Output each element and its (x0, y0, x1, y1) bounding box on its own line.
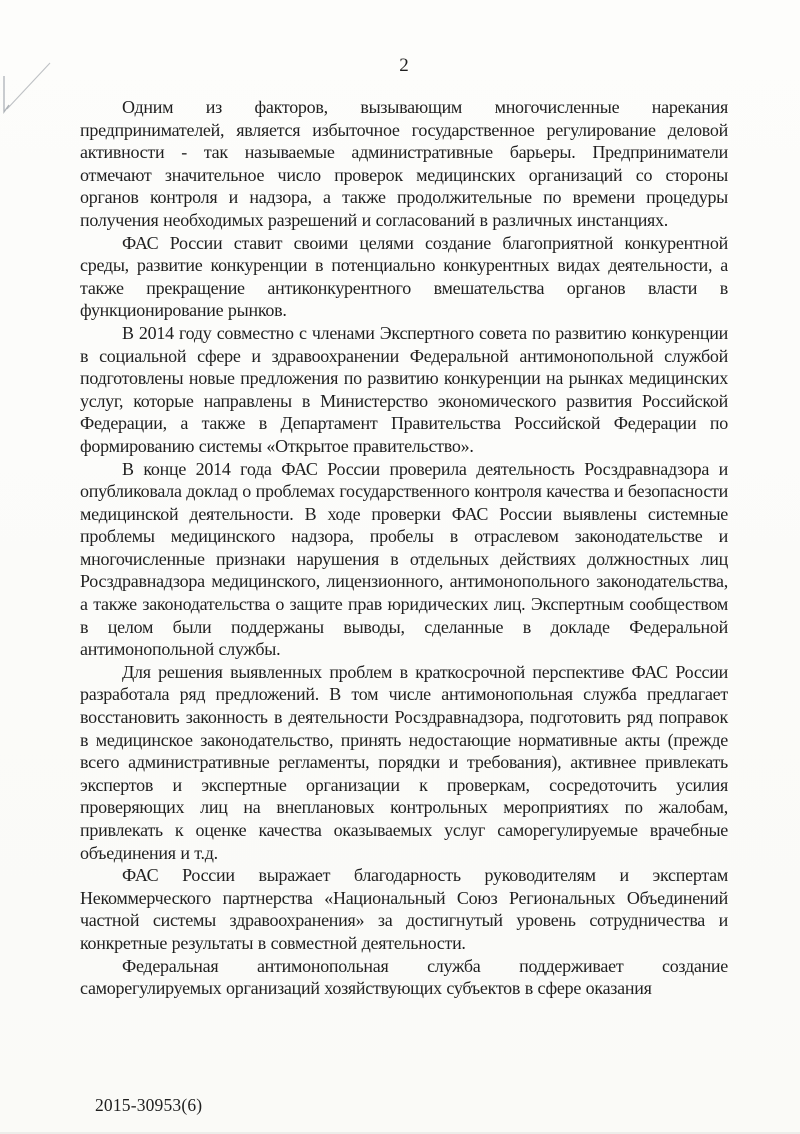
paragraph-6: ФАС России выражает благодарность руково… (80, 864, 728, 954)
paragraph-3: В 2014 году совместно с членами Экспертн… (80, 322, 728, 458)
document-footer-code: 2015-30953(6) (95, 1095, 202, 1115)
document-body: Одним из факторов, вызывающим многочисле… (80, 96, 728, 1000)
page-number: 2 (80, 55, 728, 77)
paragraph-1: Одним из факторов, вызывающим многочисле… (80, 96, 728, 232)
paragraph-4: В конце 2014 года ФАС России проверила д… (80, 458, 728, 661)
paragraph-5: Для решения выявленных проблем в краткос… (80, 661, 728, 864)
scan-fold-artifact (0, 55, 62, 121)
paragraph-2: ФАС России ставит своими целями создание… (80, 232, 728, 322)
paragraph-7: Федеральная антимонопольная служба подде… (80, 955, 728, 1000)
